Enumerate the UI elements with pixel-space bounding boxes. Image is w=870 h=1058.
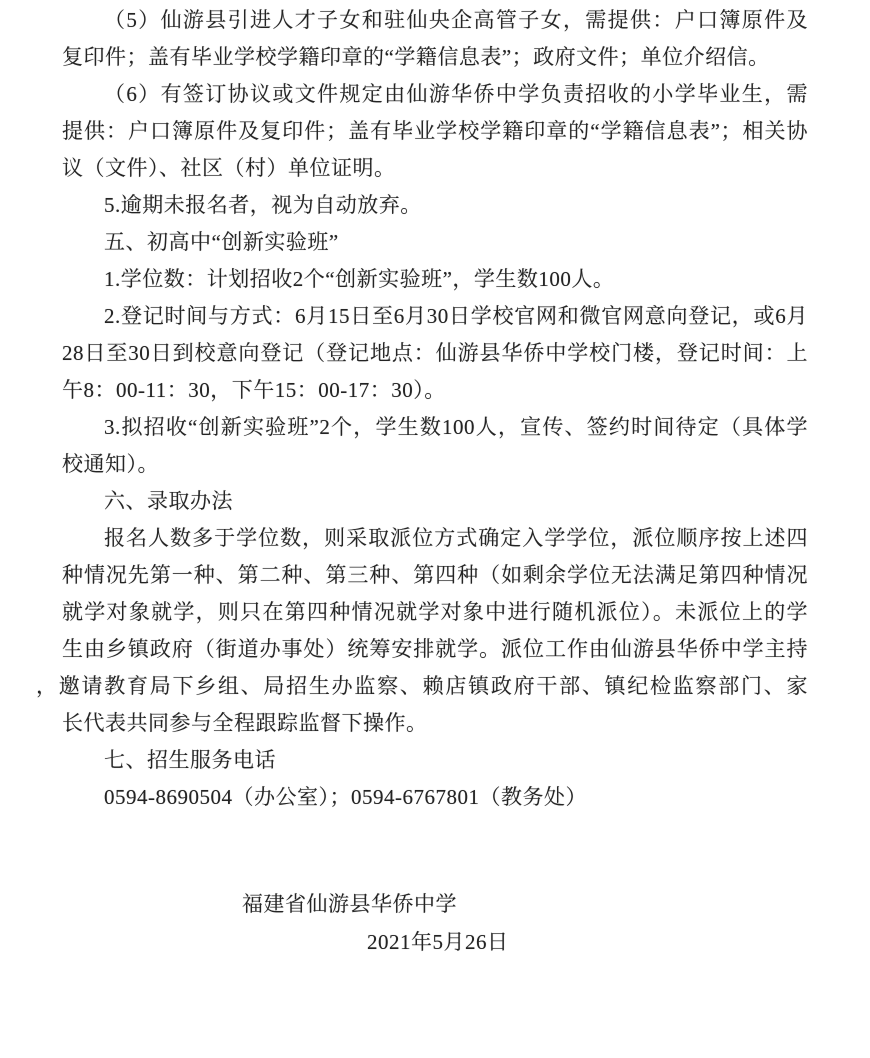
list-item-line: （6）有签订协议或文件规定由仙游华侨中学负责招收的小学毕业生，需 [62, 76, 808, 113]
paragraph-line: 28日至30日到校意向登记（登记地点：仙游县华侨中学校门楼，登记时间：上 [62, 335, 808, 372]
paragraph-line: 生由乡镇政府（街道办事处）统筹安排就学。派位工作由仙游县华侨中学主持 [62, 631, 808, 668]
phone-numbers-line: 0594-8690504（办公室）；0594-6767801（教务处） [62, 779, 808, 816]
paragraph-line: 报名人数多于学位数，则采取派位方式确定入学学位，派位顺序按上述四 [62, 520, 808, 557]
list-item-line: 2.登记时间与方式：6月15日至6月30日学校官网和微官网意向登记，或6月 [62, 298, 808, 335]
list-item-line: （5）仙游县引进人才子女和驻仙央企高管子女，需提供：户口簿原件及 [62, 2, 808, 39]
paragraph-line: 议（文件）、社区（村）单位证明。 [62, 150, 808, 187]
paragraph-line: 午8：00-11：30，下午15：00-17：30）。 [62, 372, 808, 409]
section-heading: 六、录取办法 [62, 483, 808, 520]
signature-date: 2021年5月26日 [367, 923, 509, 961]
list-item-line: 3.拟招收“创新实验班”2个，学生数100人，宣传、签约时间待定（具体学 [62, 409, 808, 446]
section-heading: 五、初高中“创新实验班” [62, 224, 808, 261]
document-body: （5）仙游县引进人才子女和驻仙央企高管子女，需提供：户口簿原件及 复印件；盖有毕… [62, 2, 808, 816]
paragraph-line: 种情况先第一种、第二种、第三种、第四种（如剩余学位无法满足第四种情况 [62, 557, 808, 594]
paragraph-line: 校通知）。 [62, 446, 808, 483]
document-page: （5）仙游县引进人才子女和驻仙央企高管子女，需提供：户口簿原件及 复印件；盖有毕… [0, 0, 870, 1058]
list-item-line: 1.学位数：计划招收2个“创新实验班”，学生数100人。 [62, 261, 808, 298]
section-heading: 七、招生服务电话 [62, 742, 808, 779]
paragraph-line: 就学对象就学，则只在第四种情况就学对象中进行随机派位）。未派位上的学 [62, 594, 808, 631]
paragraph-line: 复印件；盖有毕业学校学籍印章的“学籍信息表”；政府文件；单位介绍信。 [62, 39, 808, 76]
paragraph-line: 提供：户口簿原件及复印件；盖有毕业学校学籍印章的“学籍信息表”；相关协 [62, 113, 808, 150]
paragraph-line: 长代表共同参与全程跟踪监督下操作。 [62, 705, 808, 742]
paragraph-line: ，邀请教育局下乡组、局招生办监察、赖店镇政府干部、镇纪检监察部门、家 [36, 668, 808, 705]
list-item-line: 5.逾期未报名者，视为自动放弃。 [62, 187, 808, 224]
signature-school: 福建省仙游县华侨中学 [242, 885, 457, 923]
